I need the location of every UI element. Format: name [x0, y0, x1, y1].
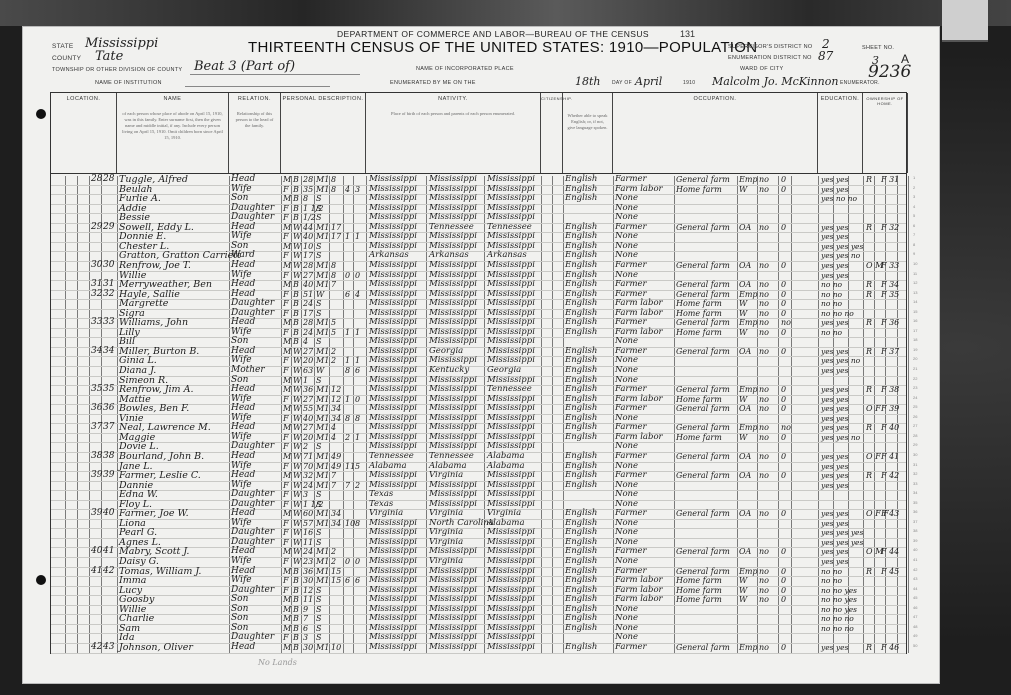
table-row: 3838Bourland, John B.HeadMW71M149Tenness…	[51, 453, 906, 463]
line-number: 39	[913, 538, 917, 543]
cell-living: 3	[355, 184, 360, 195]
table-row: AddieDaughterFB1 1/2SMississippiMississi…	[51, 205, 906, 215]
cell-sex: M	[283, 642, 291, 653]
cell-own: R	[866, 317, 872, 328]
line-number: 3	[913, 194, 915, 199]
cell-born: 1	[345, 231, 350, 242]
township-label: TOWNSHIP OR OTHER DIVISION OF COUNTY	[52, 67, 182, 73]
cell-edu: yes yes	[821, 642, 848, 653]
binding-hole	[36, 109, 46, 119]
cell-dwelling: 30	[91, 260, 102, 271]
table-row: 4142Tomas, William J.HeadMB36M115Mississ…	[51, 568, 906, 578]
cell-family: 39	[103, 470, 114, 481]
cell-years: 15	[331, 575, 341, 586]
cell-age: 30	[303, 642, 313, 653]
cell-years: 7	[331, 279, 336, 290]
cell-class: W	[739, 432, 747, 443]
cell-industry: General farm	[676, 260, 730, 271]
table-row: LillyWifeFB24M1511MississippiMississippi…	[51, 329, 906, 339]
table-row: DannieWifeFW24M1772MississippiMississipp…	[51, 482, 906, 492]
paper-tab	[942, 0, 988, 42]
cell-weeks: 0	[781, 594, 786, 605]
line-number: 7	[913, 232, 915, 237]
cell-living: 0	[355, 394, 360, 405]
cell-industry: General farm	[676, 546, 730, 557]
cell-class: OA	[739, 508, 751, 519]
line-number: 13	[913, 290, 917, 295]
line-number: 37	[913, 519, 917, 524]
cell-dwelling: 38	[91, 451, 102, 462]
header-nativity: NATIVITY.Place of birth of each person a…	[366, 93, 541, 173]
line-number: 9	[913, 251, 915, 256]
cell-years: 17	[331, 231, 341, 242]
cell-farm: F 43	[881, 508, 899, 519]
cell-unemp: no	[759, 470, 769, 481]
cell-dwelling: 29	[91, 222, 102, 233]
cell-weeks: 0	[781, 260, 786, 271]
cell-own: O F	[866, 451, 881, 462]
table-row: GoosbySonMB11SMississippiMississippiMiss…	[51, 596, 906, 606]
cell-years: 2	[331, 355, 336, 366]
cell-dwelling: 37	[91, 422, 102, 433]
table-row: Diana J.MotherFW63W86MississippiKentucky…	[51, 367, 906, 377]
line-number: 16	[913, 318, 917, 323]
line-number: 50	[913, 643, 917, 648]
cell-unemp: no	[759, 451, 769, 462]
cell-weeks: 0	[781, 508, 786, 519]
department-heading: DEPARTMENT OF COMMERCE AND LABOR—BUREAU …	[337, 29, 649, 39]
cell-living: 6	[355, 365, 360, 376]
header-occupation: OCCUPATION.	[613, 93, 818, 173]
table-row: 3333Williams, JohnHeadMB28M15Mississippi…	[51, 319, 906, 329]
table-row: WillieSonMB9SMississippiMississippiMissi…	[51, 606, 906, 616]
cell-unemp: no	[759, 508, 769, 519]
cell-class: W	[739, 327, 747, 338]
line-number: 21	[913, 366, 917, 371]
county-value: Tate	[95, 49, 123, 64]
cell-unemp: no	[759, 222, 769, 233]
table-row: 2929Sowell, Eddy L.HeadMW44M117Mississip…	[51, 224, 906, 234]
line-number: 2	[913, 185, 915, 190]
cell-relation: Head	[231, 642, 255, 653]
line-number: 22	[913, 376, 917, 381]
cell-farm: F 31	[881, 174, 899, 185]
table-row: MaggieWifeFW20M1421MississippiMississipp…	[51, 434, 906, 444]
cell-family: 42	[103, 566, 114, 577]
line-number: 18	[913, 337, 917, 342]
line-number: 19	[913, 347, 917, 352]
cell-born: 1	[345, 327, 350, 338]
line-number: 10	[913, 261, 917, 266]
cell-living: 8	[355, 518, 360, 529]
township-value: Beat 3 (Part of)	[194, 59, 295, 74]
cell-class: OA	[739, 222, 751, 233]
cell-weeks: 0	[781, 222, 786, 233]
cell-family: 28	[103, 174, 114, 185]
cell-class: OA	[739, 546, 751, 557]
cell-edu: yes yes no	[821, 432, 860, 443]
cell-class: OA	[739, 346, 751, 357]
cell-unemp: no	[759, 327, 769, 338]
line-number: 30	[913, 452, 917, 457]
table-row: 3030Renfrow, Joe T.HeadMW28M18Mississipp…	[51, 262, 906, 272]
cell-living: 1	[355, 231, 360, 242]
line-number: 28	[913, 433, 917, 438]
cell-born: 8	[345, 413, 350, 424]
line-number: 40	[913, 547, 917, 552]
table-row: 3434Miller, Burton B.HeadMW27M12Mississi…	[51, 348, 906, 358]
cell-dwelling: 35	[91, 384, 102, 395]
line-number: 12	[913, 280, 917, 285]
table-row: 2828Tuggle, AlfredHeadMB28M18Mississippi…	[51, 176, 906, 186]
cell-industry: General farm	[676, 470, 730, 481]
cell-industry: General farm	[676, 451, 730, 462]
year-label: 1910	[683, 80, 695, 86]
cell-own: R	[866, 384, 872, 395]
cell-edu: yes yes	[821, 365, 848, 376]
cell-farm: F 46	[881, 642, 899, 653]
line-number: 48	[913, 624, 917, 629]
cell-class: OA	[739, 403, 751, 414]
table-row: 3535Renfrow, Jim A.HeadMW36M112Mississip…	[51, 386, 906, 396]
cell-mbp: Mississippi	[487, 642, 535, 653]
table-row: 3232Hayle, SallieHeadFB51W64MississippiM…	[51, 291, 906, 301]
cell-family: 41	[103, 546, 114, 557]
cell-farm: F 44	[881, 546, 899, 557]
cell-edu: yes no no	[821, 193, 857, 204]
line-number: 46	[913, 605, 917, 610]
cell-class: OA	[739, 470, 751, 481]
census-table: LOCATION. NAMEof each person whose place…	[50, 92, 907, 654]
cell-lang: English	[565, 327, 597, 338]
cell-dwelling: 32	[91, 289, 102, 300]
line-number: 11	[913, 271, 917, 276]
cell-born: 8	[345, 365, 350, 376]
line-number: 17	[913, 328, 917, 333]
cell-family: 35	[103, 384, 114, 395]
scan-top-edge	[0, 0, 1011, 26]
cell-dwelling: 40	[91, 546, 102, 557]
cell-born: 6	[345, 575, 350, 586]
table-row: ImmaWifeFB30M11566MississippiMississippi…	[51, 577, 906, 587]
table-row: LucyDaughterFB12SMississippiMississippiM…	[51, 587, 906, 597]
cell-own: R	[866, 422, 872, 433]
footer-note: No Lands	[258, 658, 297, 667]
table-row: 4243Johnson, OliverHeadMB30M110Mississip…	[51, 644, 906, 654]
cell-living: 6	[355, 575, 360, 586]
cell-living: 5	[355, 461, 360, 472]
cell-weeks: 0	[781, 451, 786, 462]
cell-years: 7	[331, 480, 336, 491]
cell-class: OA	[739, 260, 751, 271]
cell-living: 1	[355, 327, 360, 338]
line-number: 14	[913, 299, 917, 304]
line-number: 20	[913, 356, 917, 361]
enumeration-month: April	[635, 75, 662, 88]
header-citizenship: CITIZENSHIP.	[541, 93, 563, 173]
cell-own: R	[866, 566, 872, 577]
line-number: 33	[913, 481, 917, 486]
cell-dwelling: 28	[91, 174, 102, 185]
line-number: 8	[913, 242, 915, 247]
table-row: CharlieSonMB7SMississippiMississippiMiss…	[51, 615, 906, 625]
cell-own: R	[866, 222, 872, 233]
line-number: 1	[913, 175, 915, 180]
table-row: MargretteDaughterFB24SMississippiMississ…	[51, 300, 906, 310]
header-relation: RELATION.Relationship of this person to …	[229, 93, 281, 173]
header-language: Whether able to speak English; or, if no…	[563, 93, 613, 173]
cell-born: 7	[345, 480, 350, 491]
cell-industry: General farm	[676, 508, 730, 519]
cell-industry: Home farm	[676, 594, 722, 605]
cell-marital: M1	[316, 642, 329, 653]
cell-farm: F 41	[881, 451, 899, 462]
line-number: 27	[913, 423, 917, 428]
cell-dwelling: 42	[91, 642, 102, 653]
line-number: 32	[913, 471, 917, 476]
cell-weeks: 0	[781, 403, 786, 414]
cell-family: 43	[103, 642, 114, 653]
page-number: 131	[680, 29, 695, 39]
cell-living: 8	[355, 413, 360, 424]
line-number: 15	[913, 309, 917, 314]
ward-label: WARD OF CITY	[740, 66, 783, 72]
cell-born: 4	[345, 184, 350, 195]
cell-farm: F 42	[881, 470, 899, 481]
incorporated-place-label: NAME OF INCORPORATED PLACE	[416, 66, 514, 72]
cell-dwelling: 41	[91, 566, 102, 577]
line-number: 26	[913, 414, 917, 419]
cell-farm: F 36	[881, 317, 899, 328]
cell-years: 8	[331, 184, 336, 195]
table-row: 3939Farmer, Leslie C.HeadMW32M17Mississi…	[51, 472, 906, 482]
cell-living: 1	[355, 432, 360, 443]
cell-class: Emp	[739, 642, 758, 653]
line-number: 47	[913, 614, 917, 619]
cell-born: 2	[345, 432, 350, 443]
cell-weeks: 0	[781, 346, 786, 357]
cell-farm: F 45	[881, 566, 899, 577]
line-number: 49	[913, 633, 917, 638]
line-number: 36	[913, 509, 917, 514]
line-number: 4	[913, 204, 915, 209]
cell-family: 34	[103, 346, 114, 357]
table-row: 4041Mabry, Scott J.HeadMW24M12Mississipp…	[51, 548, 906, 558]
cell-born: 1	[345, 394, 350, 405]
header-education: EDUCATION.	[818, 93, 863, 173]
line-number: 38	[913, 528, 917, 533]
header-name: NAMEof each person whose place of abode …	[117, 93, 229, 173]
cell-family: 32	[103, 289, 114, 300]
cell-class: W	[739, 184, 747, 195]
line-number: 35	[913, 500, 917, 505]
table-row: SamSonMB6SMississippiMississippiMississi…	[51, 625, 906, 635]
line-number: 41	[913, 557, 917, 562]
cell-family: 29	[103, 222, 114, 233]
cell-own: R	[866, 289, 872, 300]
cell-family: 30	[103, 260, 114, 271]
cell-born: 0	[345, 270, 350, 281]
table-row: Furlie A.SonMB8SMississippiMississippiMi…	[51, 195, 906, 205]
cell-industry: General farm	[676, 346, 730, 357]
cell-weeks: 0	[781, 184, 786, 195]
line-number: 31	[913, 462, 917, 467]
table-row: Edna W.DaughterFW3STexasMississippiMissi…	[51, 491, 906, 501]
cell-dwelling: 34	[91, 346, 102, 357]
cell-family: 36	[103, 403, 114, 414]
supervisor-district-label: SUPERVISOR'S DISTRICT NO	[728, 44, 812, 50]
cell-dwelling: 33	[91, 317, 102, 328]
cell-farm: F 35	[881, 289, 899, 300]
cell-industry: Home farm	[676, 432, 722, 443]
cell-unemp: no	[759, 594, 769, 605]
cell-own: R	[866, 642, 872, 653]
cell-unemp: no	[759, 432, 769, 443]
form-title: THIRTEENTH CENSUS OF THE UNITED STATES: …	[248, 39, 757, 56]
cell-industry: Home farm	[676, 184, 722, 195]
cell-years: 34	[331, 518, 341, 529]
day-of-label: DAY OF	[612, 80, 632, 86]
cell-name: Johnson, Oliver	[119, 642, 193, 653]
cell-dwelling: 36	[91, 403, 102, 414]
cell-dwelling: 39	[91, 470, 102, 481]
header-personal: PERSONAL DESCRIPTION.	[281, 93, 366, 173]
cell-farm: F 33	[881, 260, 899, 271]
line-number: 29	[913, 442, 917, 447]
line-number: 45	[913, 595, 917, 600]
cell-class: OA	[739, 451, 751, 462]
cell-own: O F	[866, 403, 881, 414]
cell-own: R	[866, 174, 872, 185]
state-label: STATE	[52, 43, 73, 50]
cell-weeks: 0	[781, 470, 786, 481]
cell-industry: General farm	[676, 403, 730, 414]
cell-lang: English	[565, 193, 597, 204]
enumerated-label: ENUMERATED BY ME ON THE	[390, 80, 476, 86]
cell-family: 38	[103, 451, 114, 462]
cell-race: B	[293, 642, 299, 653]
cell-unemp: no	[759, 260, 769, 271]
cell-farm: F 39	[881, 403, 899, 414]
cell-born: 6	[345, 289, 350, 300]
cell-lang: English	[565, 623, 597, 634]
sheet-label: SHEET NO.	[862, 45, 894, 51]
cell-born: 0	[345, 556, 350, 567]
cell-edu: yes yes	[821, 480, 848, 491]
line-number: 6	[913, 223, 915, 228]
cell-edu: no no	[821, 327, 842, 338]
cell-family: 40	[103, 508, 114, 519]
cell-edu: no no no	[821, 623, 854, 634]
cell-own: R	[866, 346, 872, 357]
cell-own: R	[866, 470, 872, 481]
cell-family: 33	[103, 317, 114, 328]
cell-living: 2	[355, 480, 360, 491]
cell-years: 10	[331, 642, 341, 653]
cell-years: 5	[331, 327, 336, 338]
line-number: 42	[913, 567, 917, 572]
stamp-number: 9236	[868, 62, 911, 82]
header-ownership: OWNERSHIP OF HOME.	[863, 93, 908, 173]
cell-industry: General farm	[676, 222, 730, 233]
cell-unemp: no	[759, 184, 769, 195]
cell-living: 4	[355, 289, 360, 300]
county-label: COUNTY	[52, 55, 81, 62]
line-number: 25	[913, 404, 917, 409]
enumeration-day: 18th	[575, 75, 601, 88]
cell-weeks: 0	[781, 327, 786, 338]
line-number: 34	[913, 490, 917, 495]
cell-born: 10	[345, 518, 355, 529]
cell-class: W	[739, 594, 747, 605]
cell-years: 4	[331, 432, 336, 443]
cell-weeks: 0	[781, 432, 786, 443]
enumeration-district-label: ENUMERATION DISTRICT NO	[728, 55, 812, 61]
cell-bp: Mississippi	[369, 642, 417, 653]
cell-weeks: 0	[781, 546, 786, 557]
cell-farm: F 40	[881, 422, 899, 433]
cell-born: 11	[345, 461, 355, 472]
header-location: LOCATION.	[51, 93, 117, 173]
cell-fbp: Mississippi	[429, 642, 477, 653]
table-row: Pearl G.DaughterFW16SMississippiVirginia…	[51, 529, 906, 539]
cell-dwelling: 39	[91, 508, 102, 519]
cell-farm: F 38	[881, 384, 899, 395]
cell-unemp: no	[759, 346, 769, 357]
table-row: LionaWifeFW57M134108MississippiNorth Car…	[51, 520, 906, 530]
cell-living: 0	[355, 270, 360, 281]
cell-unemp: no	[759, 546, 769, 557]
table-row: 3737Neal, Lawrence M.HeadMW27M14Mississi…	[51, 424, 906, 434]
cell-industry: Home farm	[676, 327, 722, 338]
cell-lang: English	[565, 480, 597, 491]
table-row: Ginia L.WifeFW20M1211MississippiMississi…	[51, 357, 906, 367]
cell-farm: F 32	[881, 222, 899, 233]
table-row: 3636Bowles, Ben F.HeadMW55M134Mississipp…	[51, 405, 906, 415]
enumeration-district: 87	[818, 49, 833, 63]
line-number: 44	[913, 586, 917, 591]
line-number: 23	[913, 385, 917, 390]
line-number: 24	[913, 395, 917, 400]
binding-hole	[36, 575, 46, 585]
line-number: 5	[913, 213, 915, 218]
institution-label: NAME OF INSTITUTION	[95, 80, 162, 86]
cell-lang: English	[565, 642, 597, 653]
cell-family: 37	[103, 422, 114, 433]
cell-lang: English	[565, 432, 597, 443]
cell-living: 0	[355, 556, 360, 567]
cell-farm: F 37	[881, 346, 899, 357]
line-number: 43	[913, 576, 917, 581]
table-row: BeulahWifeFB35M1843MississippiMississipp…	[51, 186, 906, 196]
enumerator-name: Malcolm Jo. McKinnon	[712, 75, 838, 88]
cell-weeks: 0	[781, 642, 786, 653]
cell-unemp: no	[759, 403, 769, 414]
cell-unemp: no	[759, 642, 769, 653]
table-row: Donnie E.WifeFW40M11711MississippiMissis…	[51, 233, 906, 243]
cell-industry: General farm	[676, 642, 730, 653]
cell-trade: Farmer	[615, 642, 647, 653]
